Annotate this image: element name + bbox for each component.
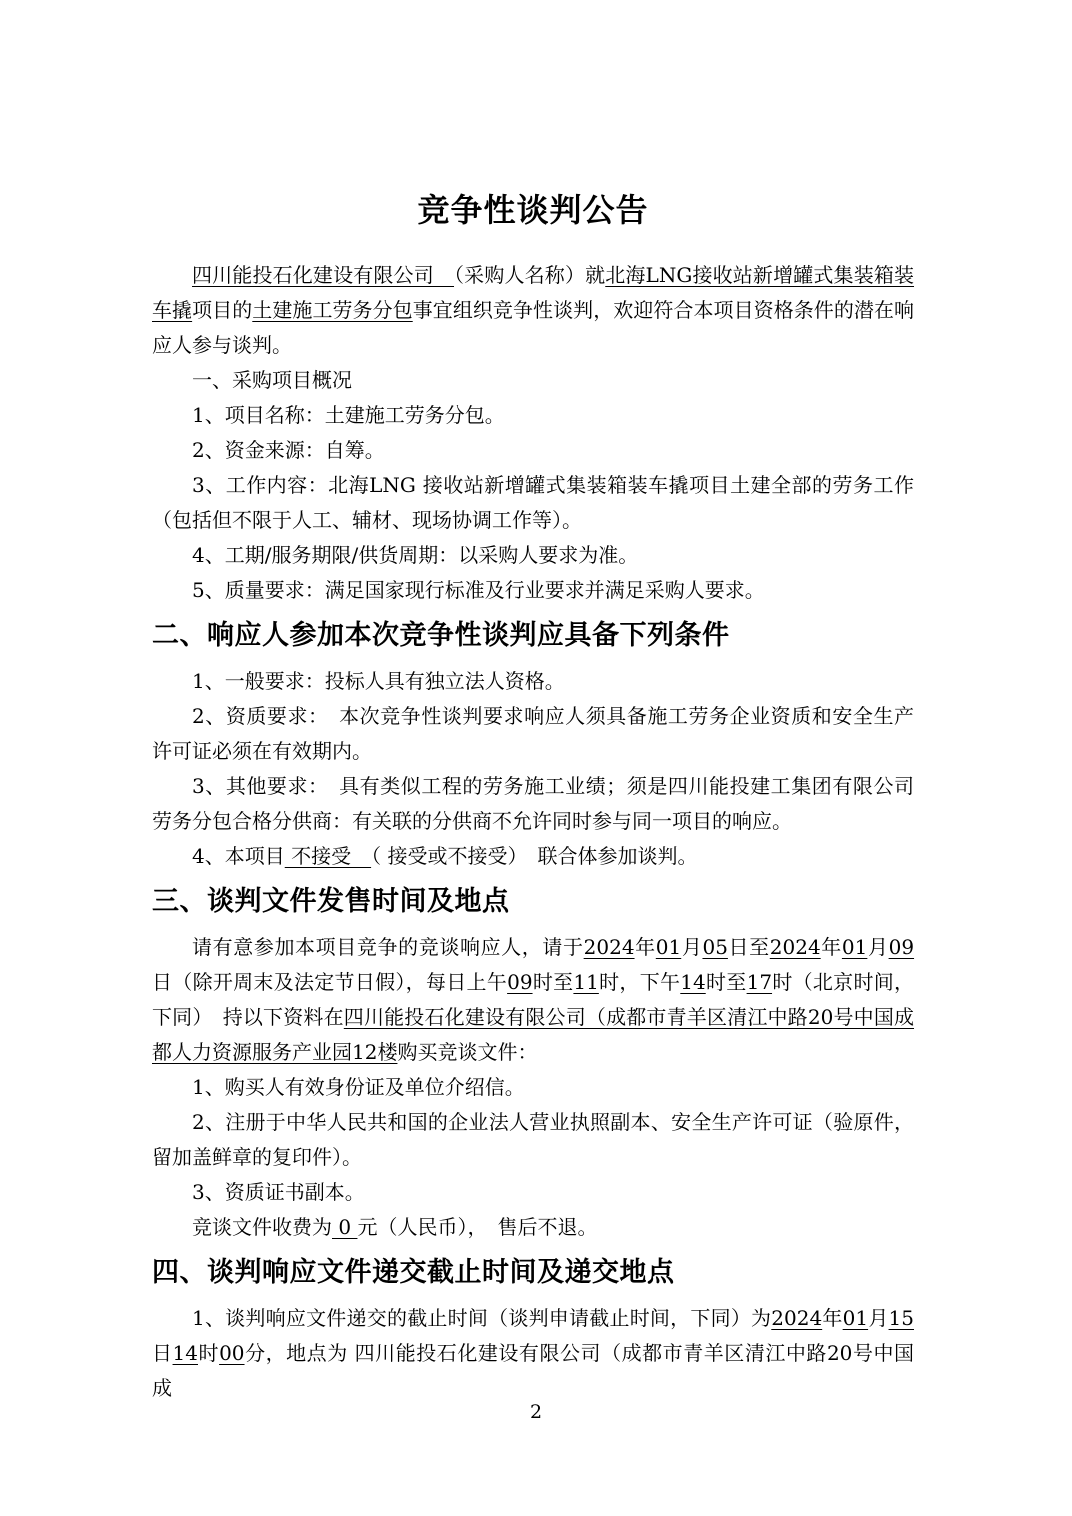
underlined-text: 01 [843,1306,868,1330]
text-run: 5、质量要求：满足国家现行标准及行业要求并满足采购人要求。 [192,578,765,602]
text-run: 元（人民币）， 售后不退。 [357,1215,597,1239]
underlined-text: 01 [656,935,681,959]
text-run: 日至 [728,935,770,959]
underlined-text: 05 [702,935,727,959]
underlined-text: 00 [219,1341,244,1365]
text-run: 1、项目名称：土建施工劳务分包。 [192,403,505,427]
paragraph: 一、采购项目概况 [152,363,914,398]
text-run: 3、工作内容：北海LNG 接收站新增罐式集装箱装车撬项目土建全部的劳务工作（包括… [152,473,914,532]
text-run: 请有意参加本项目竞争的竞谈响应人，请于 [192,935,584,959]
text-run: 年 [821,935,842,959]
text-run: 2、资质要求： 本次竞争性谈判要求响应人须具备施工劳务企业资质和安全生产许可证必… [152,704,914,763]
text-run: 月 [681,935,702,959]
paragraph: 1、购买人有效身份证及单位介绍信。 [152,1070,914,1105]
text-run: 年 [635,935,656,959]
paragraph: 四川能投石化建设有限公司 （采购人名称）就北海LNG接收站新增罐式集装箱装车撬项… [152,258,914,363]
section-heading: 四、谈判响应文件递交截止时间及递交地点 [152,1253,914,1293]
underlined-text: 0 [332,1215,357,1239]
paragraph: 3、其他要求： 具有类似工程的劳务施工业绩；须是四川能投建工集团有限公司劳务分包… [152,769,914,839]
text-run: 项目的 [192,298,252,322]
underlined-text: 土建施工劳务分包 [252,298,412,322]
document-title: 竞争性谈判公告 [152,188,914,232]
text-run: 日 [152,1341,173,1365]
underlined-text: 17 [747,970,772,994]
text-run: 时，下午 [599,970,680,994]
underlined-text: 2024 [584,935,635,959]
underlined-text: 不接受 [285,844,371,868]
text-run: 1、一般要求：投标人具有独立法人资格。 [192,669,565,693]
paragraph: 5、质量要求：满足国家现行标准及行业要求并满足采购人要求。 [152,573,914,608]
paragraph: 1、项目名称：土建施工劳务分包。 [152,398,914,433]
text-run: 分，地点为 四川能投石化建设有限公司（成都市青羊区清江中路20号中国成 [152,1341,914,1400]
text-run: 月 [867,935,888,959]
underlined-text: 四川能投石化建设有限公司 [192,263,454,287]
text-run: 2、注册于中华人民共和国的企业法人营业执照副本、安全生产许可证（验原件，留加盖鲜… [152,1110,914,1169]
text-run: （ 接受或不接受） 联合体参加谈判。 [371,844,697,868]
paragraph: 2、资金来源：自筹。 [152,433,914,468]
underlined-text: 15 [889,1306,914,1330]
paragraph: 1、谈判响应文件递交的截止时间（谈判申请截止时间，下同）为2024年01月15日… [152,1301,914,1406]
underlined-text: 14 [173,1341,198,1365]
text-run: 二、响应人参加本次竞争性谈判应具备下列条件 [152,620,730,651]
paragraph: 2、资质要求： 本次竞争性谈判要求响应人须具备施工劳务企业资质和安全生产许可证必… [152,699,914,769]
section-heading: 二、响应人参加本次竞争性谈判应具备下列条件 [152,616,914,656]
text-run: 1、谈判响应文件递交的截止时间（谈判申请截止时间，下同）为 [192,1306,771,1330]
text-run: 月 [868,1306,888,1330]
paragraph: 1、一般要求：投标人具有独立法人资格。 [152,664,914,699]
paragraph: 请有意参加本项目竞争的竞谈响应人，请于2024年01月05日至2024年01月0… [152,930,914,1070]
text-run: 2、资金来源：自筹。 [192,438,385,462]
underlined-text: 11 [573,970,598,994]
underlined-text: 01 [842,935,867,959]
text-run: 竞谈文件收费为 [192,1215,332,1239]
paragraph: 3、资质证书副本。 [152,1175,914,1210]
page-number: 2 [0,1400,1072,1424]
text-run: 时至 [533,970,574,994]
paragraph: 2、注册于中华人民共和国的企业法人营业执照副本、安全生产许可证（验原件，留加盖鲜… [152,1105,914,1175]
text-run: 时至 [706,970,747,994]
text-run: 三、谈判文件发售时间及地点 [152,886,510,917]
text-run: 3、其他要求： 具有类似工程的劳务施工业绩；须是四川能投建工集团有限公司劳务分包… [152,774,914,833]
text-run: 时 [198,1341,219,1365]
paragraph: 4、工期/服务期限/供货周期：以采购人要求为准。 [152,538,914,573]
underlined-text: 2024 [771,1306,822,1330]
text-run: 购买竞谈文件： [397,1040,537,1064]
document-content: 竞争性谈判公告 四川能投石化建设有限公司 （采购人名称）就北海LNG接收站新增罐… [152,0,914,1406]
text-run: （采购人名称）就 [454,263,605,287]
paragraph: 4、本项目 不接受 （ 接受或不接受） 联合体参加谈判。 [152,839,914,874]
paragraph: 竞谈文件收费为 0 元（人民币）， 售后不退。 [152,1210,914,1245]
text-run: 年 [822,1306,842,1330]
text-run: 日（除开周末及法定节日假），每日上午 [152,970,507,994]
text-run: 4、本项目 [192,844,285,868]
underlined-text: 14 [680,970,705,994]
section-heading: 三、谈判文件发售时间及地点 [152,882,914,922]
underlined-text: 2024 [770,935,821,959]
underlined-text: 09 [889,935,914,959]
text-run: 4、工期/服务期限/供货周期：以采购人要求为准。 [192,543,638,567]
paragraph: 3、工作内容：北海LNG 接收站新增罐式集装箱装车撬项目土建全部的劳务工作（包括… [152,468,914,538]
underlined-text: 09 [507,970,532,994]
document-page: 竞争性谈判公告 四川能投石化建设有限公司 （采购人名称）就北海LNG接收站新增罐… [0,0,1072,1516]
text-run: 一、采购项目概况 [192,368,352,392]
text-run: 四、谈判响应文件递交截止时间及递交地点 [152,1257,675,1288]
text-run: 1、购买人有效身份证及单位介绍信。 [192,1075,525,1099]
text-run: 3、资质证书副本。 [192,1180,365,1204]
document-body: 四川能投石化建设有限公司 （采购人名称）就北海LNG接收站新增罐式集装箱装车撬项… [152,258,914,1406]
